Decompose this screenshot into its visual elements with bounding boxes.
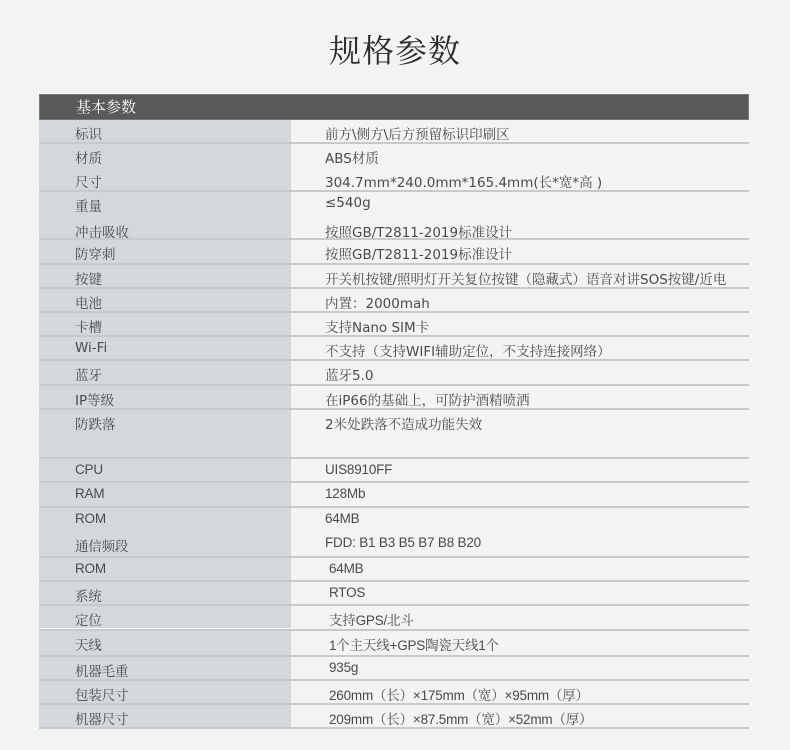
row-divider	[39, 727, 749, 729]
spec-label: 防跌落	[39, 410, 291, 458]
spec-label: 包装尺寸	[39, 681, 291, 705]
spec-value: 304.7mm*240.0mm*165.4mm(长*宽*高 )	[291, 168, 749, 192]
spec-value: 支持GPS/北斗	[291, 606, 749, 628]
spec-label: ROM	[39, 508, 291, 532]
spec-row-ram: RAM 128Mb	[39, 483, 749, 507]
spec-label: 系统	[39, 582, 291, 604]
spec-value: 开关机按键/照明灯开关复位按键（隐藏式）语音对讲SOS按键/近电	[291, 265, 749, 287]
spec-value: 935g	[291, 657, 749, 681]
spec-row-antenna: 天线 1个主天线+GPS陶瓷天线1个	[39, 631, 749, 655]
spec-label: 材质	[39, 144, 291, 168]
spec-label: 通信频段	[39, 532, 291, 556]
spec-row-system: 系统 RTOS	[39, 582, 749, 604]
spec-row-frequency-bands: 通信频段 FDD: B1 B3 B5 B7 B8 B20	[39, 532, 749, 556]
spec-label: ROM	[39, 558, 291, 580]
spec-label: 卡槽	[39, 313, 291, 335]
spec-value: ABS材质	[291, 144, 749, 168]
spec-label: IP等级	[39, 386, 291, 408]
spec-value: UIS8910FF	[291, 459, 749, 483]
spec-label: 天线	[39, 631, 291, 655]
spec-row-wifi: Wi-Fi 不支持（支持WIFI辅助定位，不支持连接网络）	[39, 337, 749, 359]
spec-value: RTOS	[291, 582, 749, 604]
spec-label: 定位	[39, 606, 291, 628]
spec-label: 防穿刺	[39, 240, 291, 264]
spec-row-rom-2: ROM 64MB	[39, 558, 749, 580]
spec-value: 前方\侧方\后方预留标识印刷区	[291, 120, 749, 144]
spec-label: RAM	[39, 483, 291, 507]
spec-value: 支持Nano SIM卡	[291, 313, 749, 335]
spec-row-buttons: 按键 开关机按键/照明灯开关复位按键（隐藏式）语音对讲SOS按键/近电	[39, 265, 749, 287]
section-header-basic-params: 基本参数	[39, 94, 749, 120]
spec-value: 2米处跌落不造成功能失效	[291, 410, 749, 458]
spec-row-card-slot: 卡槽 支持Nano SIM卡	[39, 313, 749, 335]
spec-value: 不支持（支持WIFI辅助定位，不支持连接网络）	[291, 337, 749, 359]
spec-row-impact-absorption: 冲击吸收 按照GB/T2811-2019标准设计	[39, 218, 749, 238]
spec-value: 按照GB/T2811-2019标准设计	[291, 218, 749, 238]
spec-label: 机器毛重	[39, 657, 291, 681]
spec-row-ip-rating: IP等级 在iP66的基础上，可防护酒精喷洒	[39, 386, 749, 408]
spec-row-marking: 标识 前方\侧方\后方预留标识印刷区	[39, 120, 749, 144]
spec-label: 蓝牙	[39, 361, 291, 384]
spec-row-gross-weight: 机器毛重 935g	[39, 657, 749, 681]
spec-value: 64MB	[291, 508, 749, 532]
spec-label: Wi-Fi	[39, 337, 291, 359]
spec-label: 尺寸	[39, 168, 291, 192]
spec-value: 按照GB/T2811-2019标准设计	[291, 240, 749, 264]
spec-label: CPU	[39, 459, 291, 483]
spec-row-rom: ROM 64MB	[39, 508, 749, 532]
spec-label: 冲击吸收	[39, 218, 291, 238]
spec-row-material: 材质 ABS材质	[39, 144, 749, 168]
spec-row-battery: 电池 内置：2000mah	[39, 289, 749, 311]
spec-value: 蓝牙5.0	[291, 361, 749, 384]
spec-value: 在iP66的基础上，可防护酒精喷洒	[291, 386, 749, 408]
spec-row-package-size: 包装尺寸 260mm（长）×175mm（宽）×95mm（厚）	[39, 681, 749, 705]
spec-label: 电池	[39, 289, 291, 311]
spec-label: 按键	[39, 265, 291, 287]
spec-table: 基本参数 标识 前方\侧方\后方预留标识印刷区 材质 ABS材质 尺寸 304.…	[39, 94, 749, 120]
spec-row-positioning: 定位 支持GPS/北斗	[39, 606, 749, 628]
spec-row-drop-resistance: 防跌落 2米处跌落不造成功能失效	[39, 410, 749, 458]
spec-value: 64MB	[291, 558, 749, 580]
spec-value: FDD: B1 B3 B5 B7 B8 B20	[291, 532, 749, 556]
spec-value: 128Mb	[291, 483, 749, 507]
spec-value: 260mm（长）×175mm（宽）×95mm（厚）	[291, 681, 749, 705]
spec-row-puncture-resistance: 防穿刺 按照GB/T2811-2019标准设计	[39, 240, 749, 264]
spec-value: 209mm（长）×87.5mm（宽）×52mm（厚）	[291, 705, 749, 727]
spec-row-size: 尺寸 304.7mm*240.0mm*165.4mm(长*宽*高 )	[39, 168, 749, 192]
spec-row-device-size: 机器尺寸 209mm（长）×87.5mm（宽）×52mm（厚）	[39, 705, 749, 727]
page-title: 规格参数	[0, 26, 790, 72]
spec-value: 1个主天线+GPS陶瓷天线1个	[291, 631, 749, 655]
spec-row-cpu: CPU UIS8910FF	[39, 459, 749, 483]
spec-label: 机器尺寸	[39, 705, 291, 727]
spec-row-bluetooth: 蓝牙 蓝牙5.0	[39, 361, 749, 384]
spec-value: 内置：2000mah	[291, 289, 749, 311]
spec-label: 标识	[39, 120, 291, 144]
